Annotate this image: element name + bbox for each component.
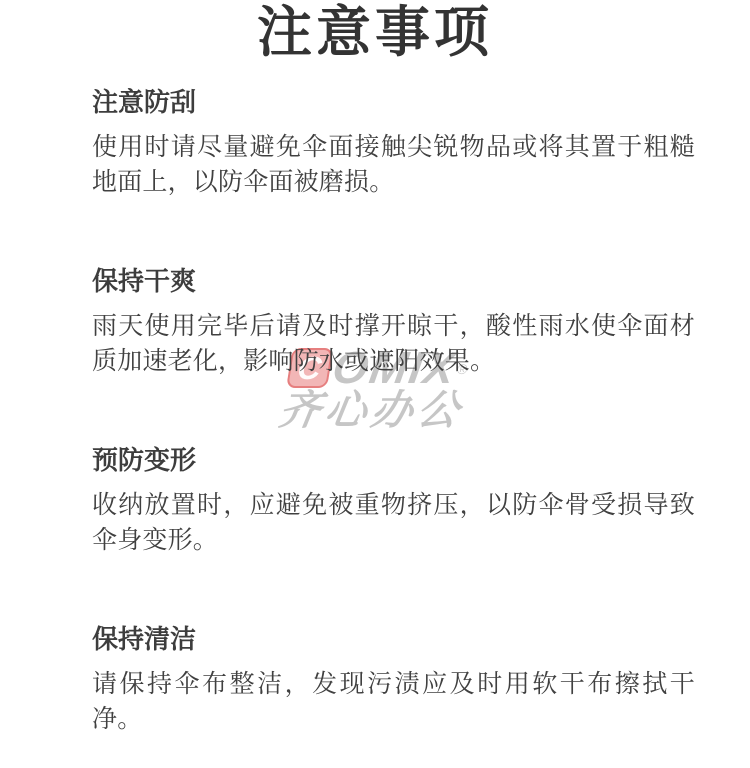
page-title: 注意事项 bbox=[0, 0, 750, 62]
precautions-page: 注意事项 C OMIX ® 齐心办公 注意防刮 使用时请尽量避免伞面接触尖锐物品… bbox=[0, 0, 750, 737]
section-body: 收纳放置时，应避免被重物挤压，以防伞骨受损导致伞身变形。 bbox=[92, 488, 695, 558]
precautions-content: 注意防刮 使用时请尽量避免伞面接触尖锐物品或将其置于粗糙地面上，以防伞面被磨损。… bbox=[0, 62, 750, 737]
section-heading: 预防变形 bbox=[92, 444, 695, 476]
section-avoid-scratches: 注意防刮 使用时请尽量避免伞面接触尖锐物品或将其置于粗糙地面上，以防伞面被磨损。 bbox=[92, 86, 695, 200]
section-keep-dry: 保持干爽 雨天使用完毕后请及时撑开晾干，酸性雨水使伞面材质加速老化，影响防水或遮… bbox=[92, 265, 695, 379]
section-heading: 保持干爽 bbox=[92, 265, 695, 297]
section-body: 使用时请尽量避免伞面接触尖锐物品或将其置于粗糙地面上，以防伞面被磨损。 bbox=[92, 130, 695, 200]
section-body: 请保持伞布整洁，发现污渍应及时用软干布擦拭干净。 bbox=[92, 667, 695, 737]
section-heading: 保持清洁 bbox=[92, 623, 695, 655]
section-body: 雨天使用完毕后请及时撑开晾干，酸性雨水使伞面材质加速老化，影响防水或遮阳效果。 bbox=[92, 309, 695, 379]
section-keep-clean: 保持清洁 请保持伞布整洁，发现污渍应及时用软干布擦拭干净。 bbox=[92, 623, 695, 737]
section-heading: 注意防刮 bbox=[92, 86, 695, 118]
section-prevent-deformation: 预防变形 收纳放置时，应避免被重物挤压，以防伞骨受损导致伞身变形。 bbox=[92, 444, 695, 558]
